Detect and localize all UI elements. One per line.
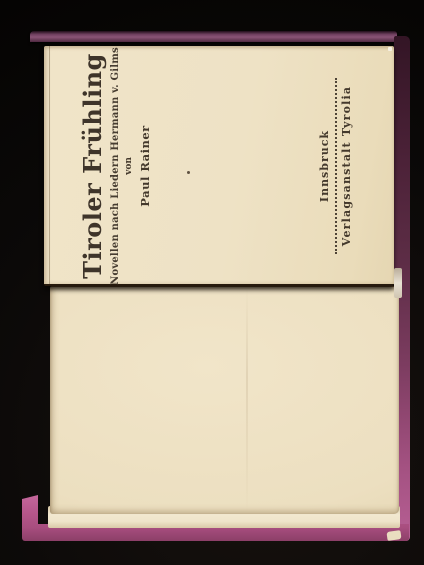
- author-name: Paul Rainer: [138, 46, 152, 286]
- publisher-imprint: Innsbruck Verlagsanstalt Tyrolia: [318, 46, 353, 286]
- dotted-rule: [335, 78, 337, 254]
- publisher-name: Verlagsanstalt Tyrolia: [340, 46, 353, 286]
- publisher-city: Innsbruck: [318, 46, 331, 286]
- photo-backdrop: Tiroler Frühling Novellen nach Liedern H…: [0, 0, 424, 565]
- blank-facing-page: [50, 286, 399, 514]
- page-speck: [187, 171, 190, 174]
- book-subtitle: Novellen nach Liedern Hermann v. Gilms: [110, 46, 121, 286]
- page-crease: [246, 287, 248, 514]
- title-page-text-block: Tiroler Frühling Novellen nach Liedern H…: [44, 46, 394, 286]
- corner-highlight: [388, 47, 392, 51]
- book-cover-top-edge: [30, 31, 397, 42]
- page-edge-highlight: [394, 268, 402, 298]
- title-page: Tiroler Frühling Novellen nach Liedern H…: [44, 46, 394, 286]
- book-title: Tiroler Frühling: [78, 46, 107, 286]
- byline: von: [124, 46, 134, 286]
